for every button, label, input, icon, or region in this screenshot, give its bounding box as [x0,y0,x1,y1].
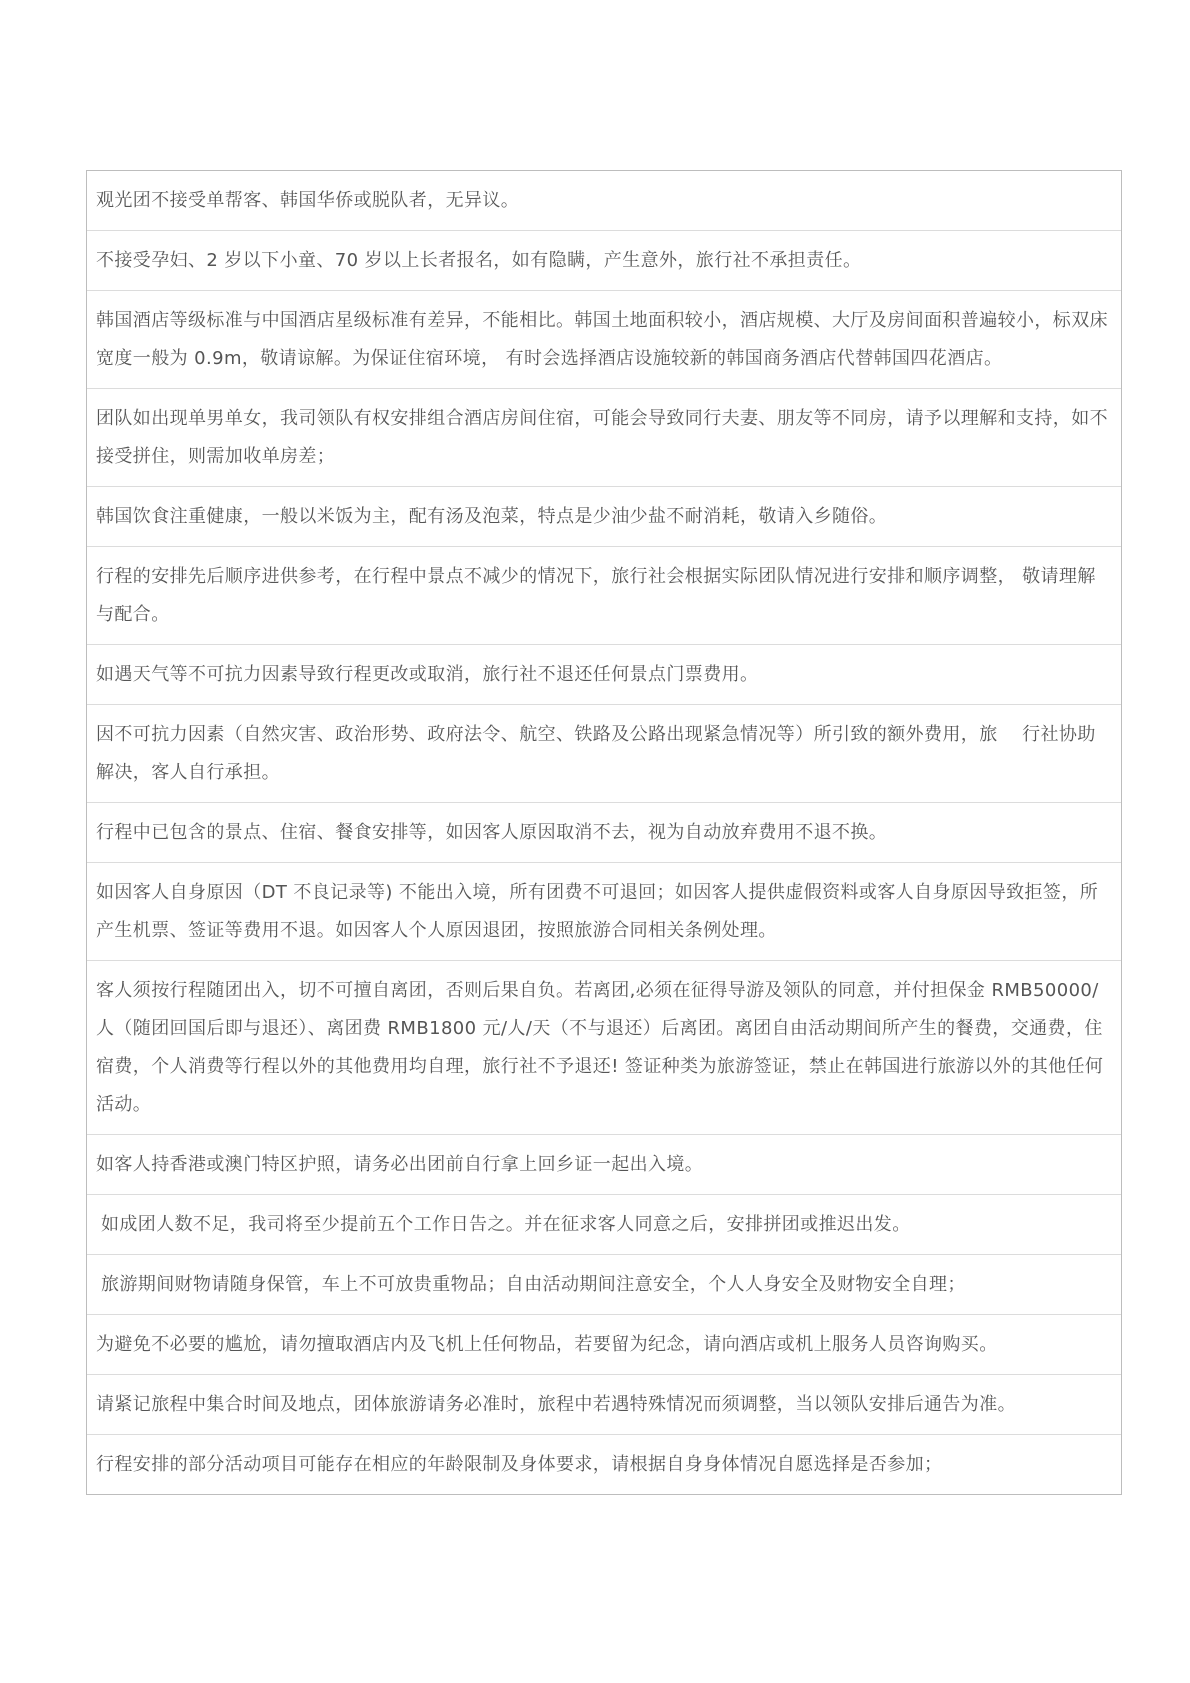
notice-row-valuables: 旅游期间财物请随身保管，车上不可放贵重物品；自由活动期间注意安全，个人人身安全及… [87,1254,1121,1314]
notice-row-leaving-group: 客人须按行程随团出入，切不可擅自离团，否则后果自负。若离团,必须在征得导游及领队… [87,960,1121,1134]
notice-row-entry-refusal: 如因客人自身原因（DT 不良记录等) 不能出入境，所有团费不可退回；如因客人提供… [87,862,1121,960]
notice-row-force-majeure: 因不可抗力因素（自然灾害、政治形势、政府法令、航空、铁路及公路出现紧急情况等）所… [87,704,1121,802]
notice-row-activity-requirements: 行程安排的部分活动项目可能存在相应的年龄限制及身体要求，请根据自身身体情况自愿选… [87,1434,1121,1494]
notice-row-hotel-standards: 韩国酒店等级标准与中国酒店星级标准有差异，不能相比。韩国土地面积较小，酒店规模、… [87,290,1121,388]
notice-row-age-restrictions: 不接受孕妇、2 岁以下小童、70 岁以上长者报名，如有隐瞒，产生意外，旅行社不承… [87,230,1121,290]
notice-row-korean-food: 韩国饮食注重健康，一般以米饭为主，配有汤及泡菜，特点是少油少盐不耐消耗，敬请入乡… [87,486,1121,546]
notice-row-minimum-group: 如成团人数不足，我司将至少提前五个工作日告之。并在征求客人同意之后，安排拼团或推… [87,1194,1121,1254]
notice-row-no-single-traders: 观光团不接受单帮客、韩国华侨或脱队者，无异议。 [87,171,1121,230]
notice-row-hotel-items: 为避免不必要的尴尬，请勿擅取酒店内及飞机上任何物品，若要留为纪念，请向酒店或机上… [87,1314,1121,1374]
notice-row-weather-cancellation: 如遇天气等不可抗力因素导致行程更改或取消，旅行社不退还任何景点门票费用。 [87,644,1121,704]
travel-notice-table: 观光团不接受单帮客、韩国华侨或脱队者，无异议。 不接受孕妇、2 岁以下小童、70… [86,170,1122,1495]
notice-row-punctuality: 请紧记旅程中集合时间及地点，团体旅游请务必准时，旅程中若遇特殊情况而须调整，当以… [87,1374,1121,1434]
notice-row-room-sharing: 团队如出现单男单女，我司领队有权安排组合酒店房间住宿，可能会导致同行夫妻、朋友等… [87,388,1121,486]
notice-row-hk-macau-passport: 如客人持香港或澳门特区护照，请务必出团前自行拿上回乡证一起出入境。 [87,1134,1121,1194]
notice-row-no-refund-included: 行程中已包含的景点、住宿、餐食安排等，如因客人原因取消不去，视为自动放弃费用不退… [87,802,1121,862]
notice-row-itinerary-order: 行程的安排先后顺序进供参考，在行程中景点不减少的情况下，旅行社会根据实际团队情况… [87,546,1121,644]
